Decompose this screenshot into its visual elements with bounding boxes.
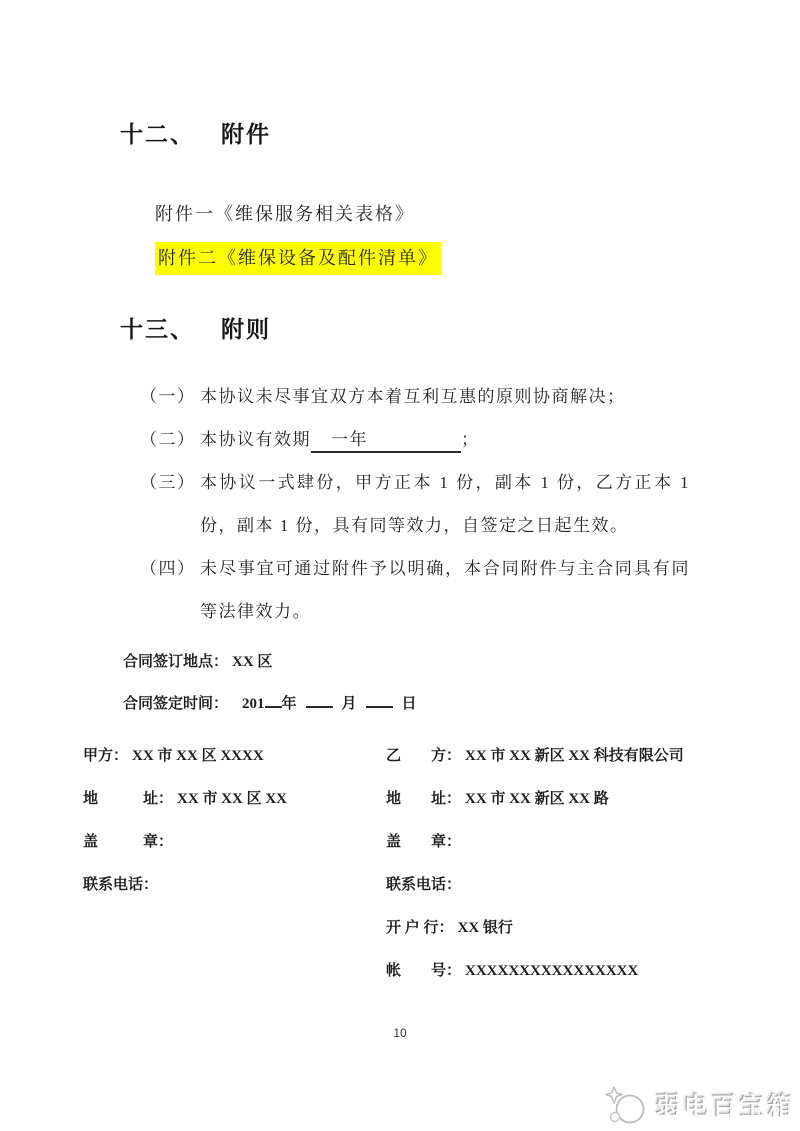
clause-2: （二） 本协议有效期一年； bbox=[140, 418, 730, 461]
section-12-title: 附件 bbox=[221, 122, 271, 147]
party-b-account-row: 帐 号：XXXXXXXXXXXXXXXX bbox=[386, 950, 730, 993]
party-a-name-label: 甲方： bbox=[83, 748, 128, 764]
clause-list: （一） 本协议未尽事宜双方本着互利互惠的原则协商解决； （二） 本协议有效期一年… bbox=[83, 375, 730, 633]
attachment-item-2: 附件二《维保设备及配件清单》 bbox=[155, 242, 730, 275]
party-a-seal-label: 盖 章： bbox=[83, 834, 173, 850]
clause-2-marker: （二） bbox=[140, 418, 200, 461]
signing-time-year-prefix: 201 bbox=[242, 696, 265, 712]
clause-3-text: 本协议一式肆份，甲方正本 1 份，副本 1 份，乙方正本 1 份，副本 1 份，… bbox=[200, 461, 690, 547]
party-a-seal-row: 盖 章： bbox=[83, 821, 386, 864]
party-b-account-value: XXXXXXXXXXXXXXXX bbox=[465, 963, 638, 979]
section-13-title: 附则 bbox=[221, 317, 271, 342]
clause-4-marker: （四） bbox=[140, 547, 200, 590]
contract-page: 十二、附件 附件一《维保服务相关表格》 附件二《维保设备及配件清单》 十三、附则… bbox=[0, 0, 800, 1131]
year-blank-underline bbox=[265, 690, 282, 708]
section-12-heading: 十二、附件 bbox=[120, 120, 730, 150]
clause-3-marker: （三） bbox=[140, 461, 200, 504]
party-a-phone-row: 联系电话： bbox=[83, 864, 386, 907]
clause-4-line-1: 未尽事宜可通过附件予以明确，本合同附件与主合同具有同 bbox=[200, 547, 690, 590]
section-13-heading: 十三、附则 bbox=[120, 315, 730, 345]
party-b-bank-label: 开 户 行： bbox=[386, 920, 454, 936]
signing-time-label: 合同签定时间： bbox=[123, 696, 228, 712]
party-b-name-value: XX 市 XX 新区 XX 科技有限公司 bbox=[465, 748, 684, 764]
signing-location-row: 合同签订地点：XX 区 bbox=[123, 641, 730, 683]
party-b-address-row: 地 址：XX 市 XX 新区 XX 路 bbox=[386, 778, 730, 821]
attachment-1-text: 附件一《维保服务相关表格》 bbox=[155, 204, 415, 224]
page-number: 10 bbox=[0, 1026, 800, 1040]
clause-4: （四） 未尽事宜可通过附件予以明确，本合同附件与主合同具有同 等法律效力。 bbox=[140, 547, 730, 633]
party-a-name-row: 甲方：XX 市 XX 区 XXXX bbox=[83, 735, 386, 778]
signing-block: 合同签订地点：XX 区 合同签定时间：201年月日 bbox=[123, 641, 730, 725]
month-character: 月 bbox=[342, 696, 357, 712]
signing-location-label: 合同签订地点： bbox=[123, 654, 228, 670]
party-b-name-label: 乙 方： bbox=[386, 748, 461, 764]
party-b-address-label: 地 址： bbox=[386, 791, 461, 807]
watermark: 弱电百宝箱 bbox=[601, 1084, 796, 1126]
clause-3-line-1: 本协议一式肆份，甲方正本 1 份，副本 1 份，乙方正本 1 bbox=[200, 461, 690, 504]
clause-3-line-2: 份，副本 1 份，具有同等效力，自签定之日起生效。 bbox=[200, 504, 690, 547]
party-b-bank-value: XX 银行 bbox=[458, 920, 513, 936]
page-content: 十二、附件 附件一《维保服务相关表格》 附件二《维保设备及配件清单》 十三、附则… bbox=[0, 0, 800, 1131]
clause-1-text: 本协议未尽事宜双方本着互利互惠的原则协商解决； bbox=[200, 375, 690, 418]
party-a-address-row: 地 址：XX 市 XX 区 XX bbox=[83, 778, 386, 821]
day-character: 日 bbox=[402, 696, 417, 712]
sparkle-ball-logo-icon bbox=[601, 1084, 651, 1126]
party-b-account-label: 帐 号： bbox=[386, 963, 461, 979]
party-b-column: 乙 方：XX 市 XX 新区 XX 科技有限公司 地 址：XX 市 XX 新区 … bbox=[386, 735, 730, 993]
signing-time-row: 合同签定时间：201年月日 bbox=[123, 683, 730, 725]
party-a-address-label: 地 址： bbox=[83, 791, 173, 807]
day-blank-underline bbox=[366, 690, 393, 708]
party-b-bank-row: 开 户 行：XX 银行 bbox=[386, 907, 730, 950]
clause-3: （三） 本协议一式肆份，甲方正本 1 份，副本 1 份，乙方正本 1 份，副本 … bbox=[140, 461, 730, 547]
party-a-name-value: XX 市 XX 区 XXXX bbox=[132, 748, 264, 764]
clause-2-prefix: 本协议有效期 bbox=[200, 430, 311, 449]
clause-1-marker: （一） bbox=[140, 375, 200, 418]
clause-2-text: 本协议有效期一年； bbox=[200, 418, 690, 461]
clause-4-line-2: 等法律效力。 bbox=[200, 590, 690, 633]
section-12-number: 十二、 bbox=[120, 122, 195, 147]
party-b-seal-label: 盖 章： bbox=[386, 834, 461, 850]
party-b-seal-row: 盖 章： bbox=[386, 821, 730, 864]
party-b-phone-label: 联系电话： bbox=[386, 877, 461, 893]
party-b-phone-row: 联系电话： bbox=[386, 864, 730, 907]
party-b-address-value: XX 市 XX 新区 XX 路 bbox=[465, 791, 609, 807]
watermark-text: 弱电百宝箱 bbox=[656, 1087, 796, 1123]
validity-period-blank: 一年 bbox=[311, 427, 461, 453]
party-a-column: 甲方：XX 市 XX 区 XXXX 地 址：XX 市 XX 区 XX 盖 章： … bbox=[83, 735, 386, 993]
attachment-2-highlighted-text: 附件二《维保设备及配件清单》 bbox=[155, 242, 441, 275]
clause-2-suffix: ； bbox=[461, 430, 480, 449]
clause-1: （一） 本协议未尽事宜双方本着互利互惠的原则协商解决； bbox=[140, 375, 730, 418]
year-character: 年 bbox=[282, 696, 297, 712]
party-a-phone-label: 联系电话： bbox=[83, 877, 158, 893]
attachment-item-1: 附件一《维保服务相关表格》 bbox=[155, 202, 730, 226]
party-b-name-row: 乙 方：XX 市 XX 新区 XX 科技有限公司 bbox=[386, 735, 730, 778]
month-blank-underline bbox=[306, 690, 333, 708]
section-13-number: 十三、 bbox=[120, 317, 195, 342]
clause-4-text: 未尽事宜可通过附件予以明确，本合同附件与主合同具有同 等法律效力。 bbox=[200, 547, 690, 633]
parties-block: 甲方：XX 市 XX 区 XXXX 地 址：XX 市 XX 区 XX 盖 章： … bbox=[83, 735, 730, 993]
signing-location-value: XX 区 bbox=[232, 654, 272, 670]
party-a-address-value: XX 市 XX 区 XX bbox=[177, 791, 287, 807]
